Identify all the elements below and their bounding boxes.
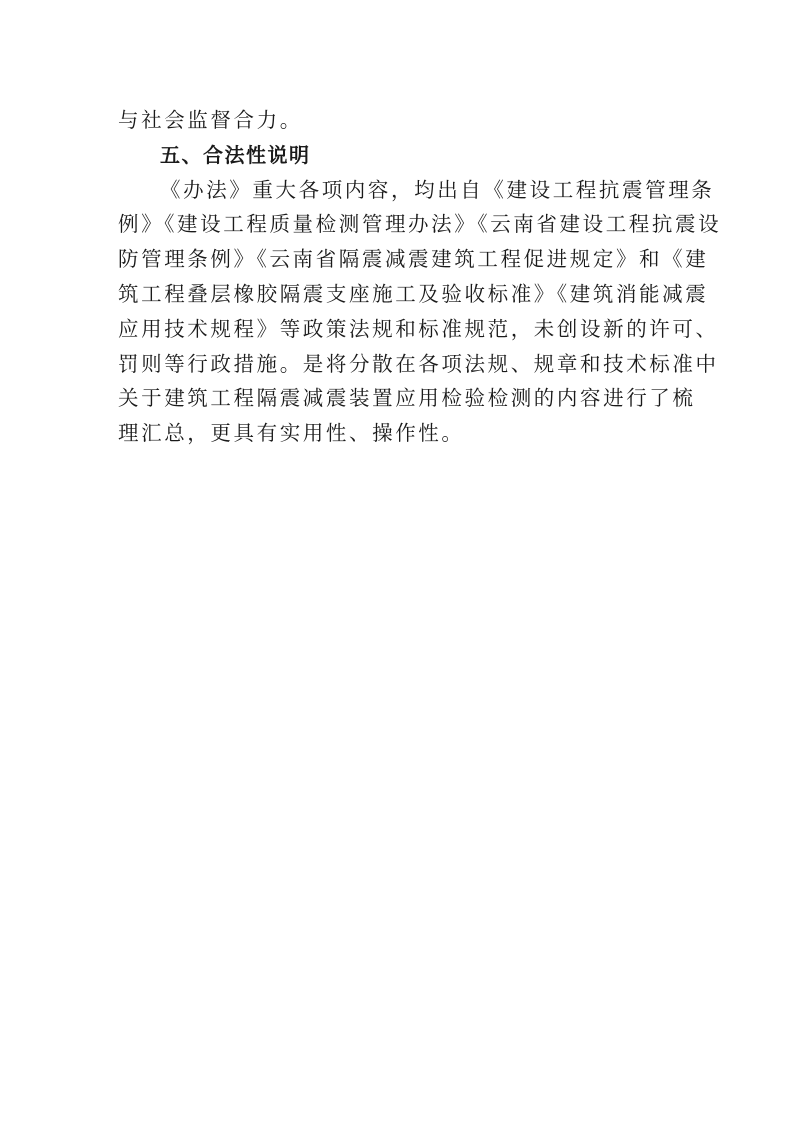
paragraph-line: 筑工程叠层橡胶隔震支座施工及验收标准》《建筑消能减震 bbox=[118, 277, 674, 312]
legality-paragraph: 《办法》重大各项内容，均出自《建设工程抗震管理条 例》《建设工程质量检测管理办法… bbox=[118, 173, 674, 451]
paragraph-line: 罚则等行政措施。是将分散在各项法规、规章和技术标准中 bbox=[118, 347, 674, 382]
paragraph-line: 《办法》重大各项内容，均出自《建设工程抗震管理条 bbox=[118, 173, 674, 208]
paragraph-line: 理汇总，更具有实用性、操作性。 bbox=[118, 416, 674, 451]
paragraph-line: 防管理条例》《云南省隔震减震建筑工程促进规定》和《建 bbox=[118, 242, 674, 277]
paragraph-line: 例》《建设工程质量检测管理办法》《云南省建设工程抗震设 bbox=[118, 207, 674, 242]
document-page: 与社会监督合力。 五、合法性说明 《办法》重大各项内容，均出自《建设工程抗震管理… bbox=[118, 103, 674, 451]
section-heading: 五、合法性说明 bbox=[118, 138, 674, 173]
paragraph-line: 关于建筑工程隔震减震装置应用检验检测的内容进行了梳 bbox=[118, 381, 674, 416]
paragraph-tail-line: 与社会监督合力。 bbox=[118, 103, 674, 138]
paragraph-line: 应用技术规程》等政策法规和标准规范，未创设新的许可、 bbox=[118, 312, 674, 347]
